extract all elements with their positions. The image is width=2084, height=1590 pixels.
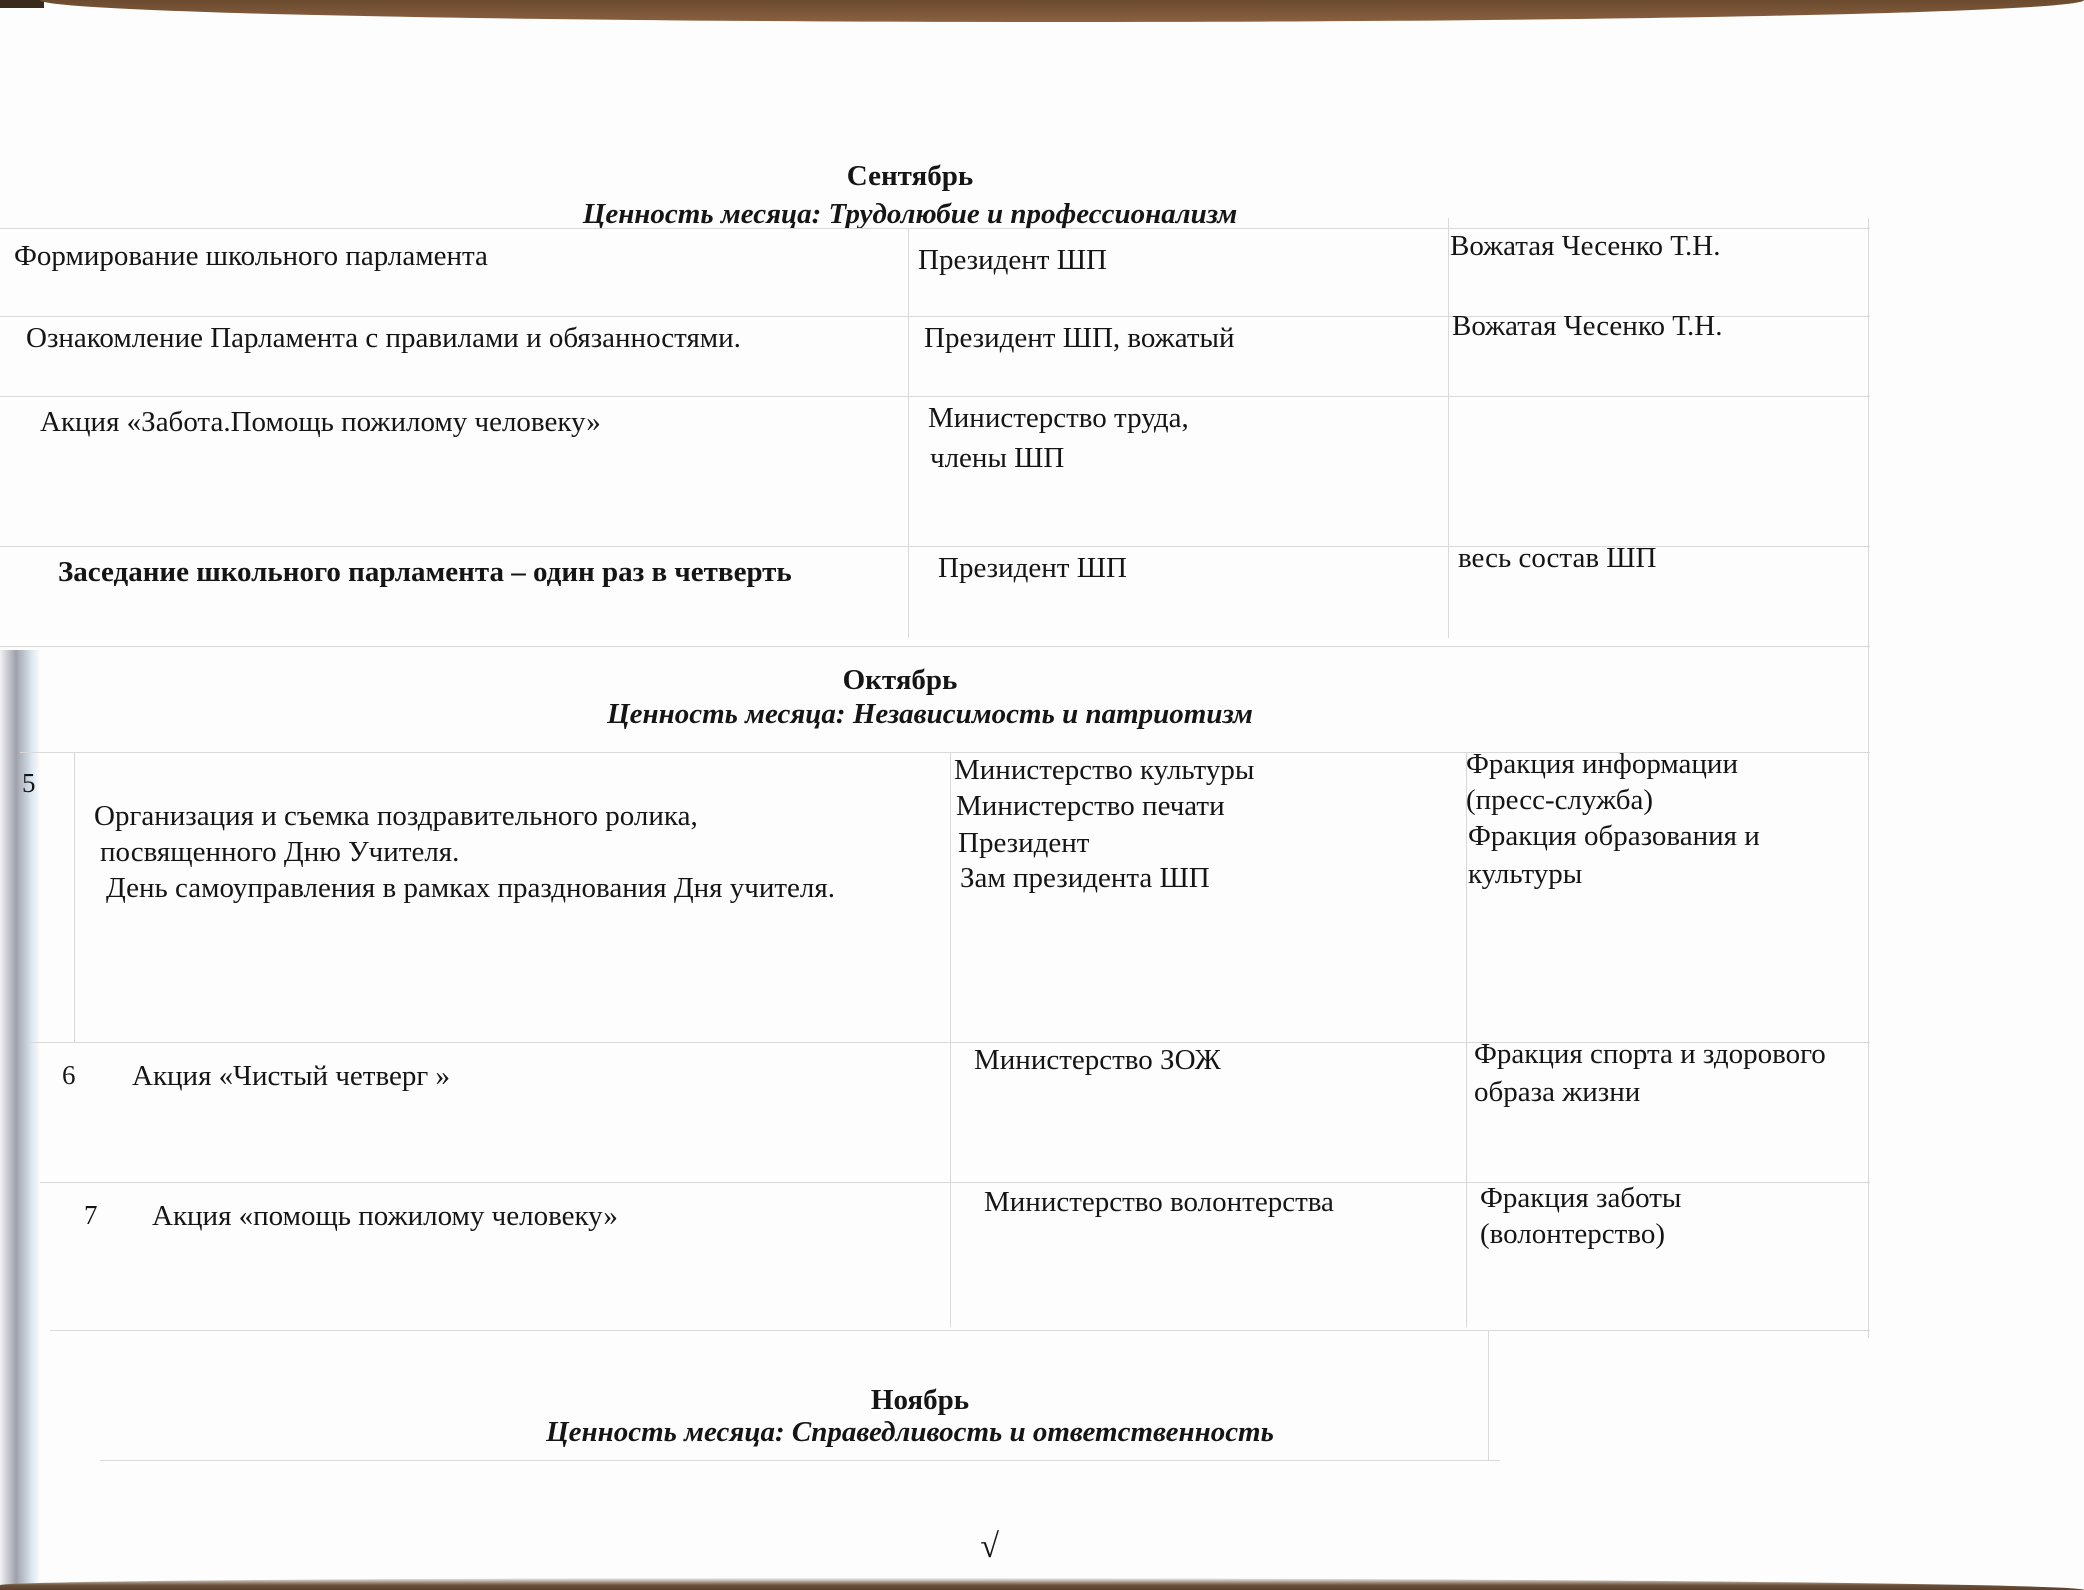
table-border [1868, 218, 1869, 1338]
row-number: 6 [62, 1060, 76, 1091]
table-border [1488, 1330, 1489, 1460]
table-row-activity: Заседание школьного парламента – один ра… [58, 554, 792, 590]
table-border [100, 1460, 1500, 1461]
table-row-activity: Ознакомление Парламента с правилами и об… [26, 320, 741, 356]
table-row-responsible: Министерство культуры [954, 752, 1254, 788]
table-row-participants: Фракция образования и [1468, 818, 1760, 854]
table-border [950, 752, 951, 1327]
table-border [74, 752, 75, 1042]
table-row-activity: День самоуправления в рамках праздновани… [106, 870, 835, 906]
table-row-activity: Формирование школьного парламента [14, 238, 488, 274]
month-value-november: Ценность месяца: Справедливость и ответс… [500, 1416, 1320, 1449]
month-heading-september: Сентябрь [760, 160, 1060, 193]
table-row-responsible: Президент ШП [938, 550, 1127, 586]
table-row-participants: образа жизни [1474, 1074, 1640, 1110]
month-value-october: Ценность месяца: Независимость и патриот… [520, 698, 1340, 731]
table-border [1466, 752, 1467, 1327]
table-row-responsible: Министерство печати [956, 788, 1225, 824]
table-border [1448, 218, 1449, 638]
month-heading-october: Октябрь [780, 664, 1020, 697]
table-row-participants: Фракция спорта и здорового [1474, 1036, 1826, 1072]
table-row-responsible: Министерство волонтерства [984, 1184, 1334, 1220]
table-row-participants: весь состав ШП [1458, 540, 1656, 576]
table-row-responsible: члены ШП [930, 440, 1064, 476]
row-number: 7 [84, 1200, 98, 1231]
table-row-participants: Вожатая Чесенко Т.Н. [1452, 308, 1722, 344]
table-border [908, 228, 909, 638]
table-row-activity: Акция «Чистый четверг » [132, 1058, 450, 1094]
table-row-responsible: Зам президента ШП [960, 860, 1210, 896]
table-row-participants: (волонтерство) [1480, 1216, 1665, 1252]
handwritten-checkmark: √ [980, 1528, 999, 1566]
table-row-participants: (пресс-служба) [1466, 782, 1653, 818]
table-row-activity: посвященного Дню Учителя. [100, 834, 459, 870]
document-page: Сентябрь Ценность месяца: Трудолюбие и п… [0, 0, 2084, 1590]
month-heading-november: Ноябрь [800, 1384, 1040, 1417]
table-row-participants: культуры [1468, 856, 1582, 892]
table-row-responsible: Министерство ЗОЖ [974, 1042, 1221, 1078]
table-border [0, 396, 1870, 397]
table-border [50, 1330, 1870, 1331]
table-border [0, 646, 1870, 647]
row-number: 5 [22, 768, 36, 799]
month-value-september: Ценность месяца: Трудолюбие и профессион… [480, 198, 1340, 231]
table-row-responsible: Министерство труда, [928, 400, 1189, 436]
table-row-activity: Акция «Забота.Помощь пожилому человеку» [40, 404, 601, 440]
table-row-participants: Фракция заботы [1480, 1180, 1681, 1216]
table-row-responsible: Президент ШП [918, 242, 1107, 278]
table-row-activity: Акция «помощь пожилому человеку» [152, 1198, 618, 1234]
table-row-participants: Фракция информации [1466, 746, 1738, 782]
table-row-responsible: Президент [958, 825, 1089, 861]
table-row-responsible: Президент ШП, вожатый [924, 320, 1235, 356]
table-row-participants: Вожатая Чесенко Т.Н. [1450, 228, 1720, 264]
table-row-activity: Организация и съемка поздравительного ро… [94, 798, 698, 834]
